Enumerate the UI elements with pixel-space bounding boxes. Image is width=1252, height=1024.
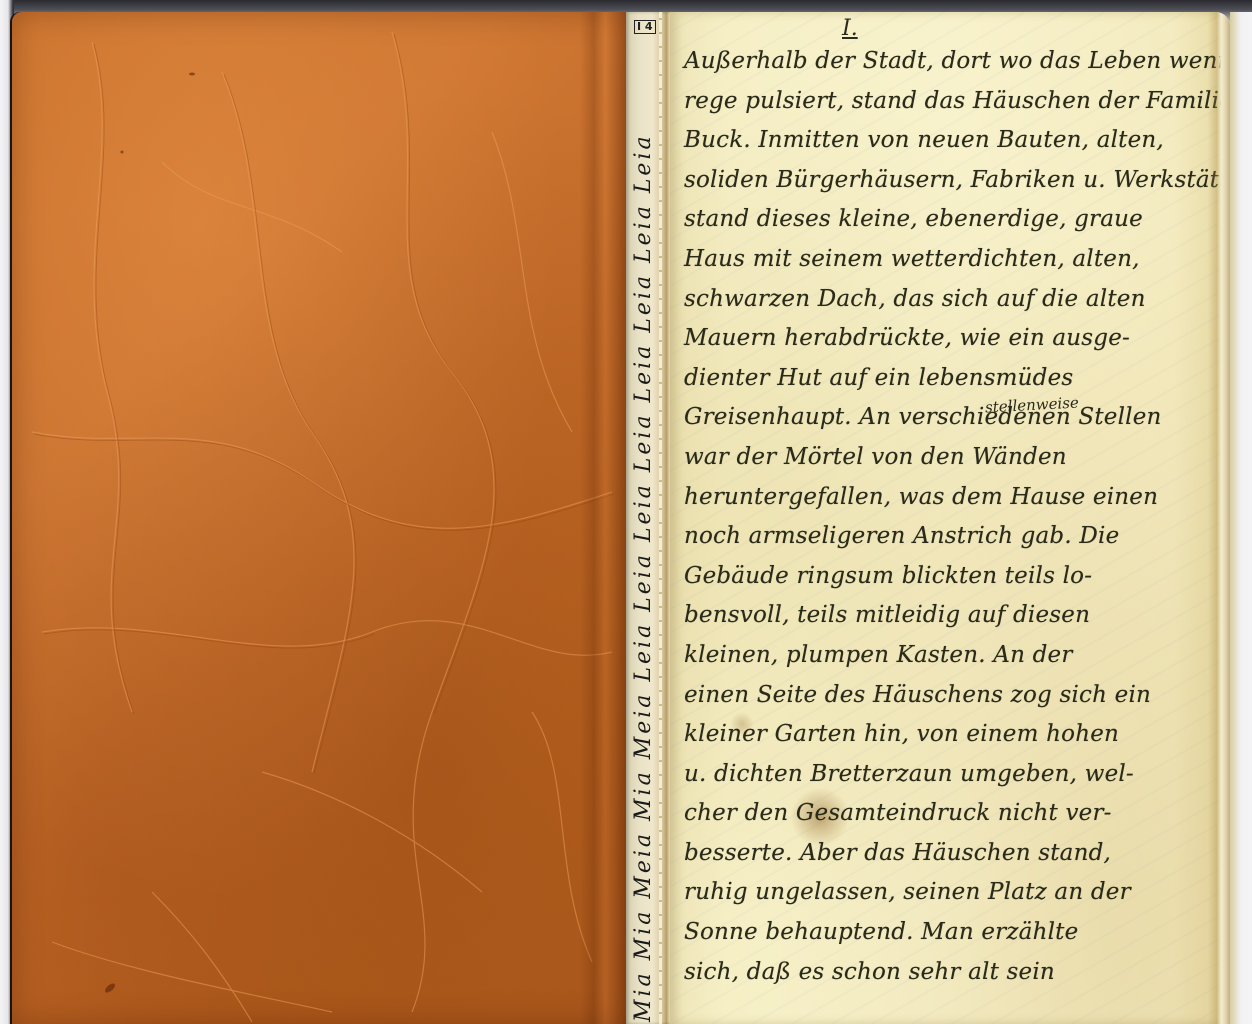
notebook-page: I. stellenweise Außerhalb der Stadt, dor… bbox=[670, 12, 1230, 1024]
handwritten-line: Sonne behauptend. Man erzählte bbox=[684, 913, 1214, 953]
handwritten-line: dienter Hut auf ein lebensmüdes bbox=[684, 359, 1214, 399]
page-marker: I 4 bbox=[634, 20, 656, 34]
handwritten-line: kleiner Garten hin, von einem hohen bbox=[684, 715, 1214, 755]
handwritten-line: soliden Bürgerhäusern, Fabriken u. Werks… bbox=[684, 161, 1214, 201]
handwritten-line: ruhig ungelassen, seinen Platz an der bbox=[684, 873, 1214, 913]
handwritten-line: Haus mit seinem wetterdichten, alten, bbox=[684, 240, 1214, 280]
handwritten-line: Gebäude ringsum blickten teils lo- bbox=[684, 557, 1214, 597]
handwritten-line: cher den Gesamteindruck nicht ver- bbox=[684, 794, 1214, 834]
handwritten-text: Außerhalb der Stadt, dort wo das Leben w… bbox=[684, 42, 1214, 992]
handwritten-line: Buck. Inmitten von neuen Bauten, alten, bbox=[684, 121, 1214, 161]
cover-crease-texture bbox=[12, 12, 626, 1024]
notebook-spine: I 4 Mia Mia Meia Mia Meia Leia Leia Leia… bbox=[626, 12, 670, 1024]
page-edge-shadow bbox=[1208, 12, 1230, 1024]
scanner-edge-right bbox=[1230, 12, 1252, 1024]
handwritten-line: u. dichten Bretterzaun umgeben, wel- bbox=[684, 755, 1214, 795]
handwritten-line: besserte. Aber das Häuschen stand, bbox=[684, 834, 1214, 874]
handwritten-line: heruntergefallen, was dem Hause einen bbox=[684, 478, 1214, 518]
handwritten-line: kleinen, plumpen Kasten. An der bbox=[684, 636, 1214, 676]
handwritten-line: schwarzen Dach, das sich auf die alten bbox=[684, 280, 1214, 320]
handwritten-line: rege pulsiert, stand das Häuschen der Fa… bbox=[684, 82, 1214, 122]
handwritten-line: Greisenhaupt. An verschiedenen Stellen bbox=[684, 398, 1214, 438]
handwritten-line: stand dieses kleine, ebenerdige, graue bbox=[684, 200, 1214, 240]
handwritten-line: sich, daß es schon sehr alt sein bbox=[684, 953, 1214, 993]
handwritten-line: Mauern herabdrückte, wie ein ausge- bbox=[684, 319, 1214, 359]
handwritten-line: bensvoll, teils mitleidig auf diesen bbox=[684, 596, 1214, 636]
handwritten-line: Außerhalb der Stadt, dort wo das Leben w… bbox=[684, 42, 1214, 82]
page-heading: I. bbox=[842, 16, 858, 41]
handwritten-line: war der Mörtel von den Wänden bbox=[684, 438, 1214, 478]
handwritten-line: noch armseligeren Anstrich gab. Die bbox=[684, 517, 1214, 557]
spine-scribble-text: Mia Mia Meia Mia Meia Leia Leia Leia Lei… bbox=[628, 42, 660, 1022]
cover-fold-shadow bbox=[580, 12, 626, 1024]
handwritten-line: einen Seite des Häuschens zog sich ein bbox=[684, 676, 1214, 716]
notebook-cover bbox=[12, 12, 626, 1024]
